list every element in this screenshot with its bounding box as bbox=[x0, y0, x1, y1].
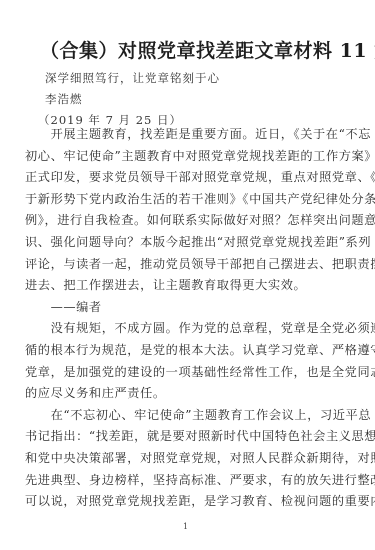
body-line: 于新形势下党内政治生活的若干准则》《中国共产党纪律处分条 bbox=[25, 189, 347, 211]
editor-signature: ——编者 bbox=[25, 297, 347, 319]
body-line: 可以说，对照党章党规找差距，是学习教育、检视问题的重要内 bbox=[25, 491, 347, 513]
document-title: （合集）对照党章找差距文章材料 11 篇 bbox=[40, 36, 360, 63]
document-page: （合集）对照党章找差距文章材料 11 篇 深学细照笃行，让党章铭刻于心 李浩燃 … bbox=[0, 0, 375, 550]
body-line: 没有规矩，不成方圆。作为党的总章程，党章是全党必须遵 bbox=[25, 318, 347, 340]
body-line: 正式印发，要求党员领导干部对照党章党规，重点对照党章、《关 bbox=[25, 167, 347, 189]
body-line: 党章，是加强党的建设的一项基础性经常性工作，也是全党同志 bbox=[25, 362, 347, 384]
body-line: 循的根本行为规范，是党的根本大法。认真学习党章、严格遵守 bbox=[25, 340, 347, 362]
body-line: 书记指出：“找差距，就是要对照新时代中国特色社会主义思想 bbox=[25, 426, 347, 448]
body-line: 开展主题教育，找差距是重要方面。近日，《关于在“不忘 bbox=[25, 124, 347, 146]
document-author: 李浩燃 bbox=[45, 91, 83, 107]
body-line: 进去、把工作摆进去，让主题教育取得更大实效。 bbox=[25, 275, 347, 297]
document-body: 开展主题教育，找差距是重要方面。近日，《关于在“不忘 初心、牢记使命”主题教育中… bbox=[25, 124, 347, 513]
page-number: 1 bbox=[183, 522, 188, 531]
body-line: 的应尽义务和庄严责任。 bbox=[25, 383, 347, 405]
body-line: 初心、牢记使命”主题教育中对照党章党规找差距的工作方案》 bbox=[25, 146, 347, 168]
body-line: 先进典型、身边榜样，坚持高标准、严要求，有的放矢进行整改。” bbox=[25, 470, 347, 492]
body-line: 和党中央决策部署，对照党章党规，对照人民群众新期待，对照 bbox=[25, 448, 347, 470]
body-line: 评论，与读者一起，推动党员领导干部把自己摆进去、把职责摆 bbox=[25, 254, 347, 276]
body-line: 在“不忘初心、牢记使命”主题教育工作会议上，习近平总 bbox=[25, 405, 347, 427]
body-line: 例》，进行自我检查。如何联系实际做好对照？怎样突出问题意 bbox=[25, 210, 347, 232]
document-subtitle: 深学细照笃行，让党章铭刻于心 bbox=[45, 70, 220, 86]
body-line: 识、强化问题导向？本版今起推出“对照党章党规找差距”系列 bbox=[25, 232, 347, 254]
